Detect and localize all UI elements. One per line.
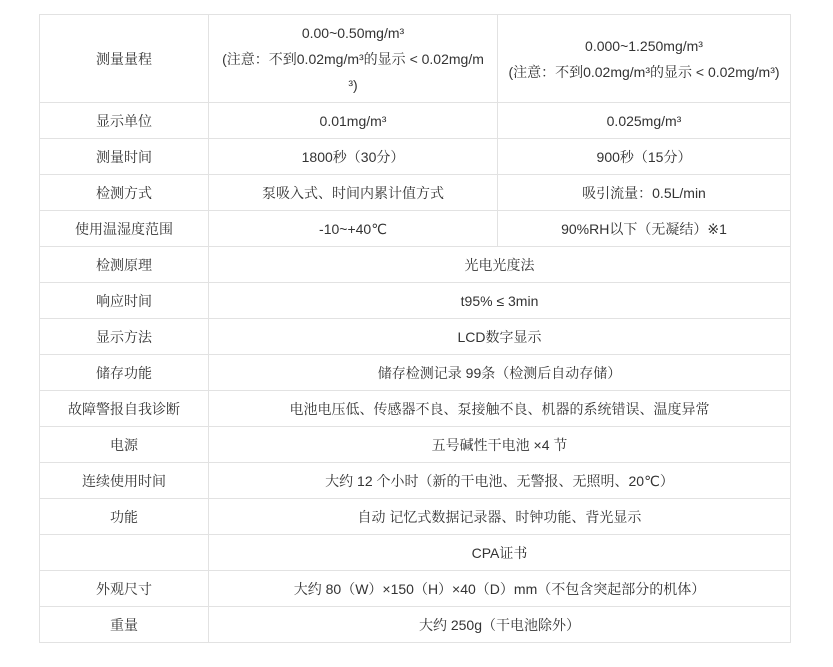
spec-value-line: (注意：不到0.02mg/m³的显示 < 0.02mg/m³): [219, 46, 487, 98]
spec-value-line: LCD数字显示: [219, 324, 780, 350]
spec-value-line: 储存检测记录 99条（检测后自动存储）: [219, 360, 780, 386]
spec-value-cell: LCD数字显示: [209, 319, 791, 355]
table-row: 外观尺寸大约 80（W）×150（H）×40（D）mm（不包含突起部分的机体）: [40, 571, 791, 607]
spec-value-cell: 大约 250g（干电池除外）: [209, 607, 791, 643]
spec-value-line: (注意：不到0.02mg/m³的显示 < 0.02mg/m³): [508, 59, 780, 85]
spec-table: 测量量程0.00~0.50mg/m³(注意：不到0.02mg/m³的显示 < 0…: [39, 14, 791, 643]
spec-value-line: t95% ≤ 3min: [219, 288, 780, 314]
spec-value-line: 0.000~1.250mg/m³: [508, 33, 780, 59]
spec-value-line: 泵吸入式、时间内累计值方式: [219, 180, 487, 206]
spec-value-cell: 泵吸入式、时间内累计值方式: [209, 175, 498, 211]
spec-label-cell: 检测原理: [40, 247, 209, 283]
spec-value-line: 大约 250g（干电池除外）: [219, 612, 780, 638]
spec-value-cell: 1800秒（30分）: [209, 139, 498, 175]
spec-value-cell: -10~+40℃: [209, 211, 498, 247]
spec-label-text: 测量量程: [50, 46, 198, 72]
spec-label-cell: 检测方式: [40, 175, 209, 211]
spec-label-text: 电源: [50, 432, 198, 458]
spec-label-cell: 测量时间: [40, 139, 209, 175]
spec-label-cell: 显示方法: [40, 319, 209, 355]
spec-label-cell: 储存功能: [40, 355, 209, 391]
spec-value-cell: 900秒（15分）: [498, 139, 791, 175]
spec-value-line: -10~+40℃: [219, 216, 487, 242]
spec-label-text: 功能: [50, 504, 198, 530]
spec-value-line: 90%RH以下（无凝结）※1: [508, 216, 780, 242]
spec-label-cell: [40, 535, 209, 571]
spec-value-cell: 大约 12 个小时（新的干电池、无警报、无照明、20℃）: [209, 463, 791, 499]
spec-label-cell: 测量量程: [40, 15, 209, 103]
spec-label-cell: 显示单位: [40, 103, 209, 139]
spec-value-line: CPA证书: [219, 540, 780, 566]
table-row: CPA证书: [40, 535, 791, 571]
spec-label-text: 检测方式: [50, 180, 198, 206]
spec-value-cell: t95% ≤ 3min: [209, 283, 791, 319]
table-row: 电源五号碱性干电池 ×4 节: [40, 427, 791, 463]
spec-value-cell: 0.000~1.250mg/m³(注意：不到0.02mg/m³的显示 < 0.0…: [498, 15, 791, 103]
spec-value-line: 大约 12 个小时（新的干电池、无警报、无照明、20℃）: [219, 468, 780, 494]
spec-value-cell: CPA证书: [209, 535, 791, 571]
spec-value-line: 电池电压低、传感器不良、泵接触不良、机器的系统错误、温度异常: [219, 396, 780, 422]
spec-value-cell: 大约 80（W）×150（H）×40（D）mm（不包含突起部分的机体）: [209, 571, 791, 607]
spec-label-text: 显示方法: [50, 324, 198, 350]
spec-value-cell: 90%RH以下（无凝结）※1: [498, 211, 791, 247]
spec-label-text: 使用温湿度范围: [50, 216, 198, 242]
spec-value-cell: 自动 记忆式数据记录器、时钟功能、背光显示: [209, 499, 791, 535]
page: 测量量程0.00~0.50mg/m³(注意：不到0.02mg/m³的显示 < 0…: [0, 0, 833, 667]
table-row: 故障警报自我诊断电池电压低、传感器不良、泵接触不良、机器的系统错误、温度异常: [40, 391, 791, 427]
table-row: 响应时间t95% ≤ 3min: [40, 283, 791, 319]
spec-value-cell: 0.00~0.50mg/m³(注意：不到0.02mg/m³的显示 < 0.02m…: [209, 15, 498, 103]
table-row: 显示单位0.01mg/m³0.025mg/m³: [40, 103, 791, 139]
spec-value-line: 光电光度法: [219, 252, 780, 278]
spec-label-text: 外观尺寸: [50, 576, 198, 602]
spec-label-cell: 重量: [40, 607, 209, 643]
spec-value-cell: 吸引流量：0.5L/min: [498, 175, 791, 211]
spec-label-cell: 功能: [40, 499, 209, 535]
spec-label-text: 测量时间: [50, 144, 198, 170]
spec-value-cell: 五号碱性干电池 ×4 节: [209, 427, 791, 463]
spec-label-text: 重量: [50, 612, 198, 638]
spec-value-cell: 0.025mg/m³: [498, 103, 791, 139]
table-row: 显示方法LCD数字显示: [40, 319, 791, 355]
spec-value-cell: 光电光度法: [209, 247, 791, 283]
spec-label-cell: 电源: [40, 427, 209, 463]
table-row: 重量大约 250g（干电池除外）: [40, 607, 791, 643]
spec-value-cell: 电池电压低、传感器不良、泵接触不良、机器的系统错误、温度异常: [209, 391, 791, 427]
table-row: 检测原理光电光度法: [40, 247, 791, 283]
table-row: 测量时间1800秒（30分）900秒（15分）: [40, 139, 791, 175]
spec-value-line: 自动 记忆式数据记录器、时钟功能、背光显示: [219, 504, 780, 530]
spec-value-line: 0.01mg/m³: [219, 108, 487, 134]
table-row: 检测方式泵吸入式、时间内累计值方式吸引流量：0.5L/min: [40, 175, 791, 211]
spec-value-line: 五号碱性干电池 ×4 节: [219, 432, 780, 458]
spec-label-text: 储存功能: [50, 360, 198, 386]
table-row: 测量量程0.00~0.50mg/m³(注意：不到0.02mg/m³的显示 < 0…: [40, 15, 791, 103]
table-row: 连续使用时间大约 12 个小时（新的干电池、无警报、无照明、20℃）: [40, 463, 791, 499]
spec-value-cell: 储存检测记录 99条（检测后自动存储）: [209, 355, 791, 391]
spec-value-cell: 0.01mg/m³: [209, 103, 498, 139]
spec-label-text: 连续使用时间: [50, 468, 198, 494]
spec-label-cell: 连续使用时间: [40, 463, 209, 499]
spec-label-cell: 响应时间: [40, 283, 209, 319]
spec-label-text: 显示单位: [50, 108, 198, 134]
spec-value-line: 1800秒（30分）: [219, 144, 487, 170]
spec-label-cell: 故障警报自我诊断: [40, 391, 209, 427]
spec-value-line: 0.025mg/m³: [508, 108, 780, 134]
table-row: 功能自动 记忆式数据记录器、时钟功能、背光显示: [40, 499, 791, 535]
spec-value-line: 900秒（15分）: [508, 144, 780, 170]
spec-table-body: 测量量程0.00~0.50mg/m³(注意：不到0.02mg/m³的显示 < 0…: [40, 15, 791, 643]
spec-label-text: 响应时间: [50, 288, 198, 314]
spec-label-cell: 使用温湿度范围: [40, 211, 209, 247]
spec-label-text: 故障警报自我诊断: [50, 396, 198, 422]
table-row: 储存功能储存检测记录 99条（检测后自动存储）: [40, 355, 791, 391]
spec-label-cell: 外观尺寸: [40, 571, 209, 607]
spec-label-text: 检测原理: [50, 252, 198, 278]
spec-value-line: 大约 80（W）×150（H）×40（D）mm（不包含突起部分的机体）: [219, 576, 780, 602]
table-row: 使用温湿度范围-10~+40℃90%RH以下（无凝结）※1: [40, 211, 791, 247]
spec-value-line: 0.00~0.50mg/m³: [219, 20, 487, 46]
spec-value-line: 吸引流量：0.5L/min: [508, 180, 780, 206]
